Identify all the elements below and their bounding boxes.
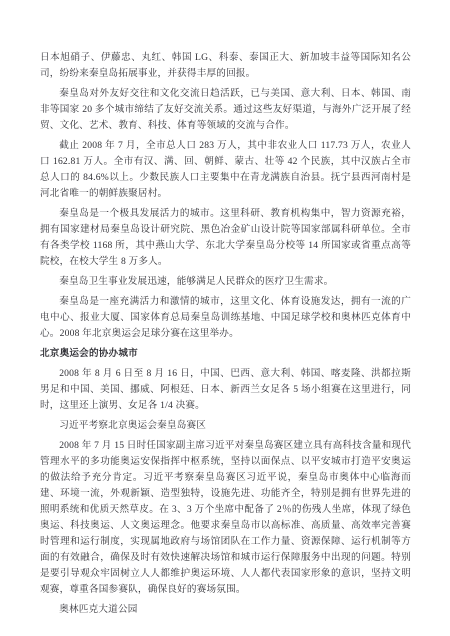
section-heading: 北京奥运会的协办城市 (40, 346, 411, 362)
paragraph: 秦皇岛是一个极具发展活力的城市。这里科研、教育机构集中，智力资源充裕，拥有国家建… (40, 206, 411, 270)
paragraph: 截止 2008 年 7 月，全市总人口 283 万人，其中非农业人口 117.7… (40, 138, 411, 202)
paragraph-continuation: 日本旭硝子、伊藤忠、丸红、韩国 LG、科泰、泰国正大、新加坡丰益等国际知名公司，… (40, 50, 411, 82)
paragraph: 秦皇岛卫生事业发展迅速，能够满足人民群众的医疗卫生需求。 (40, 274, 411, 290)
paragraph: 秦皇岛是一座充满活力和激情的城市，这里文化、体育设施发达，拥有一流的广电中心、报… (40, 294, 411, 342)
sub-heading: 习近平考察北京奥运会秦皇岛赛区 (40, 418, 411, 434)
paragraph: 奥林匹克大道公园 (40, 602, 411, 618)
paragraph: 2008 年 7 月 15 日时任国家副主席习近平对秦皇岛赛区建立具有高科技含量… (40, 438, 411, 598)
paragraph: 2008 年 8 月 6 日至 8 月 16 日，中国、巴西、意大利、韩国、喀麦… (40, 366, 411, 414)
document-page: 日本旭硝子、伊藤忠、丸红、韩国 LG、科泰、泰国正大、新加坡丰益等国际知名公司，… (0, 0, 450, 636)
paragraph: 秦皇岛对外友好交往和文化交流日趋活跃，已与美国、意大利、日本、韩国、南非等国家 … (40, 86, 411, 134)
